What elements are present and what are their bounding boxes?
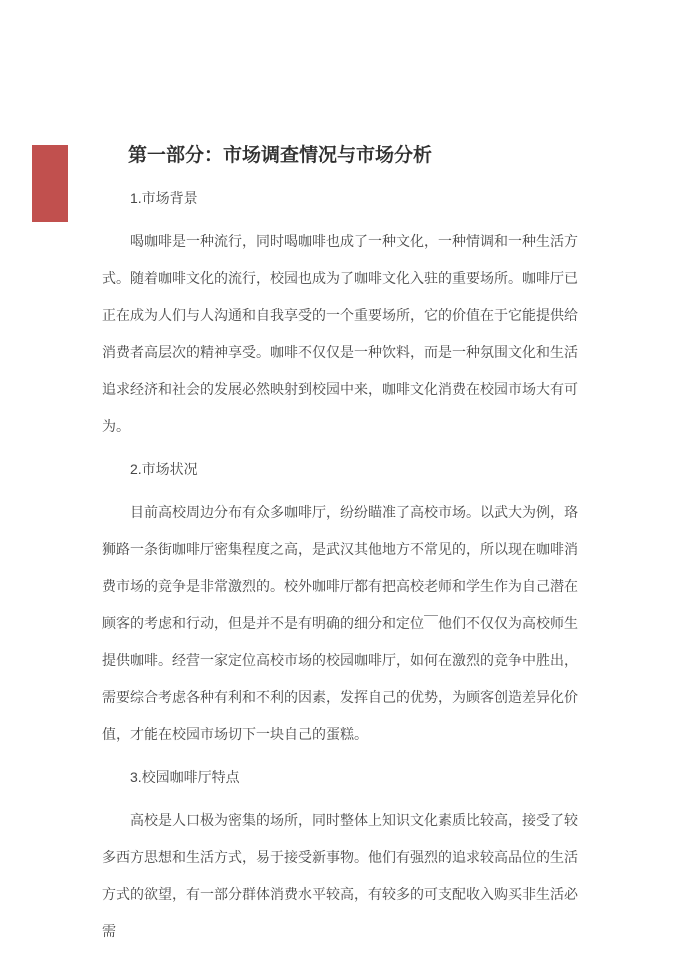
document-content: 第一部分：市场调查情况与市场分析 1.市场背景 喝咖啡是一种流行，同时喝咖啡也成… <box>102 142 578 956</box>
subheading-market-status: 2.市场状况 <box>102 451 578 488</box>
part-heading: 第一部分：市场调查情况与市场分析 <box>128 142 578 170</box>
document-page: 第一部分：市场调查情况与市场分析 1.市场背景 喝咖啡是一种流行，同时喝咖啡也成… <box>0 0 690 976</box>
subheading-market-background: 1.市场背景 <box>102 180 578 217</box>
subheading-campus-cafe-features: 3.校园咖啡厅特点 <box>102 759 578 796</box>
accent-bar <box>32 145 68 222</box>
paragraph-market-status: 目前高校周边分布有众多咖啡厅，纷纷瞄准了高校市场。以武大为例，珞狮路一条街咖啡厅… <box>102 494 578 753</box>
paragraph-campus-cafe-features: 高校是人口极为密集的场所，同时整体上知识文化素质比较高，接受了较多西方思想和生活… <box>102 802 578 950</box>
paragraph-market-background: 喝咖啡是一种流行，同时喝咖啡也成了一种文化，一种情调和一种生活方式。随着咖啡文化… <box>102 223 578 445</box>
